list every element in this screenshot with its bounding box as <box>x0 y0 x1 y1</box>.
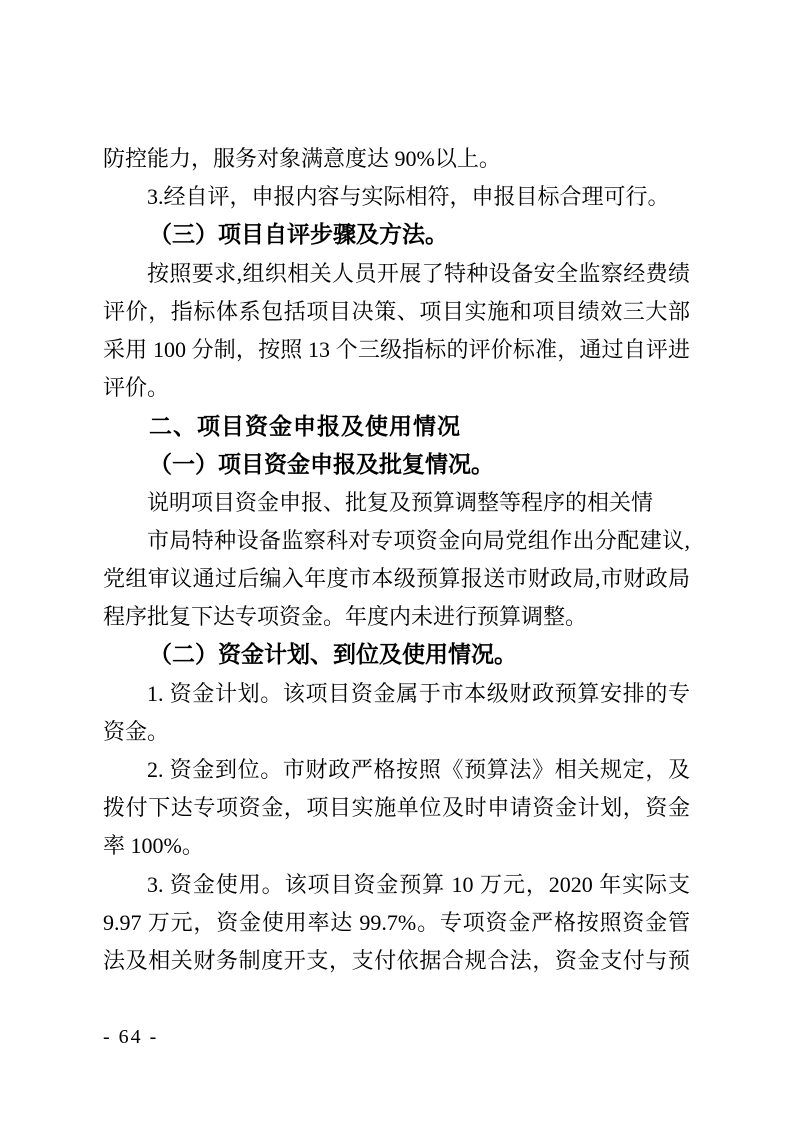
text-line: 说明项目资金申报、批复及预算调整等程序的相关情况。 <box>103 484 690 522</box>
text-line: 3.经自评，申报内容与实际相符，申报目标合理可行。 <box>103 178 690 216</box>
paragraph-self-evaluation-conclusion: 3.经自评，申报内容与实际相符，申报目标合理可行。 <box>103 178 690 216</box>
paragraph-continuation-prevention-capacity: 防控能力，服务对象满意度达 90%以上。 <box>103 140 690 178</box>
text-line: （三）项目自评步骤及方法。 <box>103 216 690 254</box>
paragraph-declaration-explanation: 说明项目资金申报、批复及预算调整等程序的相关情况。 <box>103 484 690 522</box>
text-line: 二、项目资金申报及使用情况 <box>103 407 690 445</box>
text-line: 防控能力，服务对象满意度达 90%以上。 <box>103 140 690 178</box>
paragraph-allocation-procedure: 市局特种设备监察科对专项资金向局党组作出分配建议,局党组审议通过后编入年度市本级… <box>103 522 690 637</box>
text-line: 1. 资金计划。该项目资金属于市本级财政预算安排的专项 <box>103 675 690 713</box>
paragraph-item-2-fund-arrival: 2. 资金到位。市财政严格按照《预算法》相关规定，及时拨付下达专项资金，项目实施… <box>103 751 690 866</box>
heading-3-fund-plan-arrival-usage: （二）资金计划、到位及使用情况。 <box>103 636 690 674</box>
text-line: 2. 资金到位。市财政严格按照《预算法》相关规定，及时 <box>103 751 690 789</box>
paragraph-item-3-fund-usage: 3. 资金使用。该项目资金预算 10 万元，2020 年实际支出9.97 万元，… <box>103 866 690 981</box>
document-body: 防控能力，服务对象满意度达 90%以上。3.经自评，申报内容与实际相符，申报目标… <box>103 140 690 980</box>
text-line: 按照要求,组织相关人员开展了特种设备安全监察经费绩效 <box>103 255 690 293</box>
text-line: 市局特种设备监察科对专项资金向局党组作出分配建议,局 <box>103 522 690 560</box>
document-page: 防控能力，服务对象满意度达 90%以上。3.经自评，申报内容与实际相符，申报目标… <box>0 0 793 1122</box>
paragraph-item-1-fund-plan: 1. 资金计划。该项目资金属于市本级财政预算安排的专项资金。 <box>103 675 690 751</box>
text-line: 程序批复下达专项资金。年度内未进行预算调整。 <box>103 598 690 636</box>
paragraph-evaluation-method: 按照要求,组织相关人员开展了特种设备安全监察经费绩效评价，指标体系包括项目决策、… <box>103 255 690 408</box>
text-line: （二）资金计划、到位及使用情况。 <box>103 636 690 674</box>
text-line: 3. 资金使用。该项目资金预算 10 万元，2020 年实际支出 <box>103 866 690 904</box>
heading-2-fund-declaration-and-usage: 二、项目资金申报及使用情况 <box>103 407 690 445</box>
page-number: - 64 - <box>103 1026 158 1049</box>
text-line: 评价，指标体系包括项目决策、项目实施和项目绩效三大部分， <box>103 293 690 331</box>
text-line: 率 100%。 <box>103 827 690 865</box>
text-line: （一）项目资金申报及批复情况。 <box>103 446 690 484</box>
text-line: 采用 100 分制，按照 13 个三级指标的评价标准，通过自评进行 <box>103 331 690 369</box>
heading-3-self-evaluation-steps-methods: （三）项目自评步骤及方法。 <box>103 216 690 254</box>
heading-3-fund-declaration-approval: （一）项目资金申报及批复情况。 <box>103 446 690 484</box>
text-line: 法及相关财务制度开支，支付依据合规合法，资金支付与预算相 <box>103 942 690 980</box>
text-line: 9.97 万元，资金使用率达 99.7%。专项资金严格按照资金管理办 <box>103 904 690 942</box>
text-line: 评价。 <box>103 369 690 407</box>
text-line: 资金。 <box>103 713 690 751</box>
text-line: 党组审议通过后编入年度市本级预算报送市财政局,市财政局按 <box>103 560 690 598</box>
text-line: 拨付下达专项资金，项目实施单位及时申请资金计划，资金到位 <box>103 789 690 827</box>
